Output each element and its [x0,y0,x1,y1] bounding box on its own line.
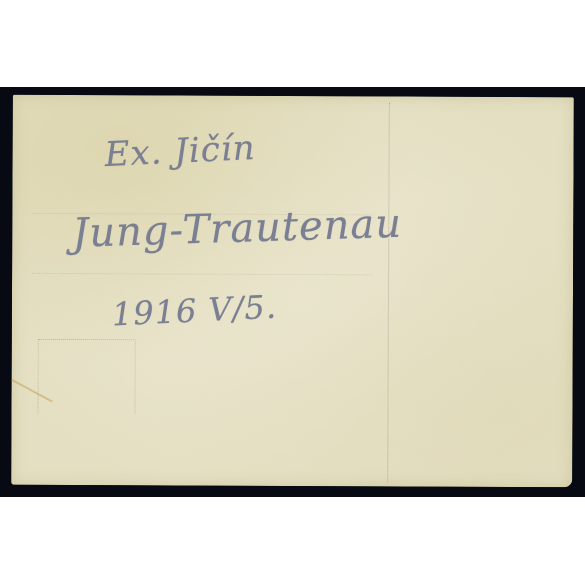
photo-card-back: Ex. Jičín Jung-Trautenau 1916 V/5. [11,95,574,487]
address-divider-line [387,102,390,482]
inscription-date: 1916 V/5. [111,288,278,334]
stamp-box-outline [37,339,135,414]
inscription-line-1: Ex. Jičín [104,128,257,175]
inscription-line-2: Jung-Trautenau [72,201,403,257]
faint-guide-line [32,273,372,275]
